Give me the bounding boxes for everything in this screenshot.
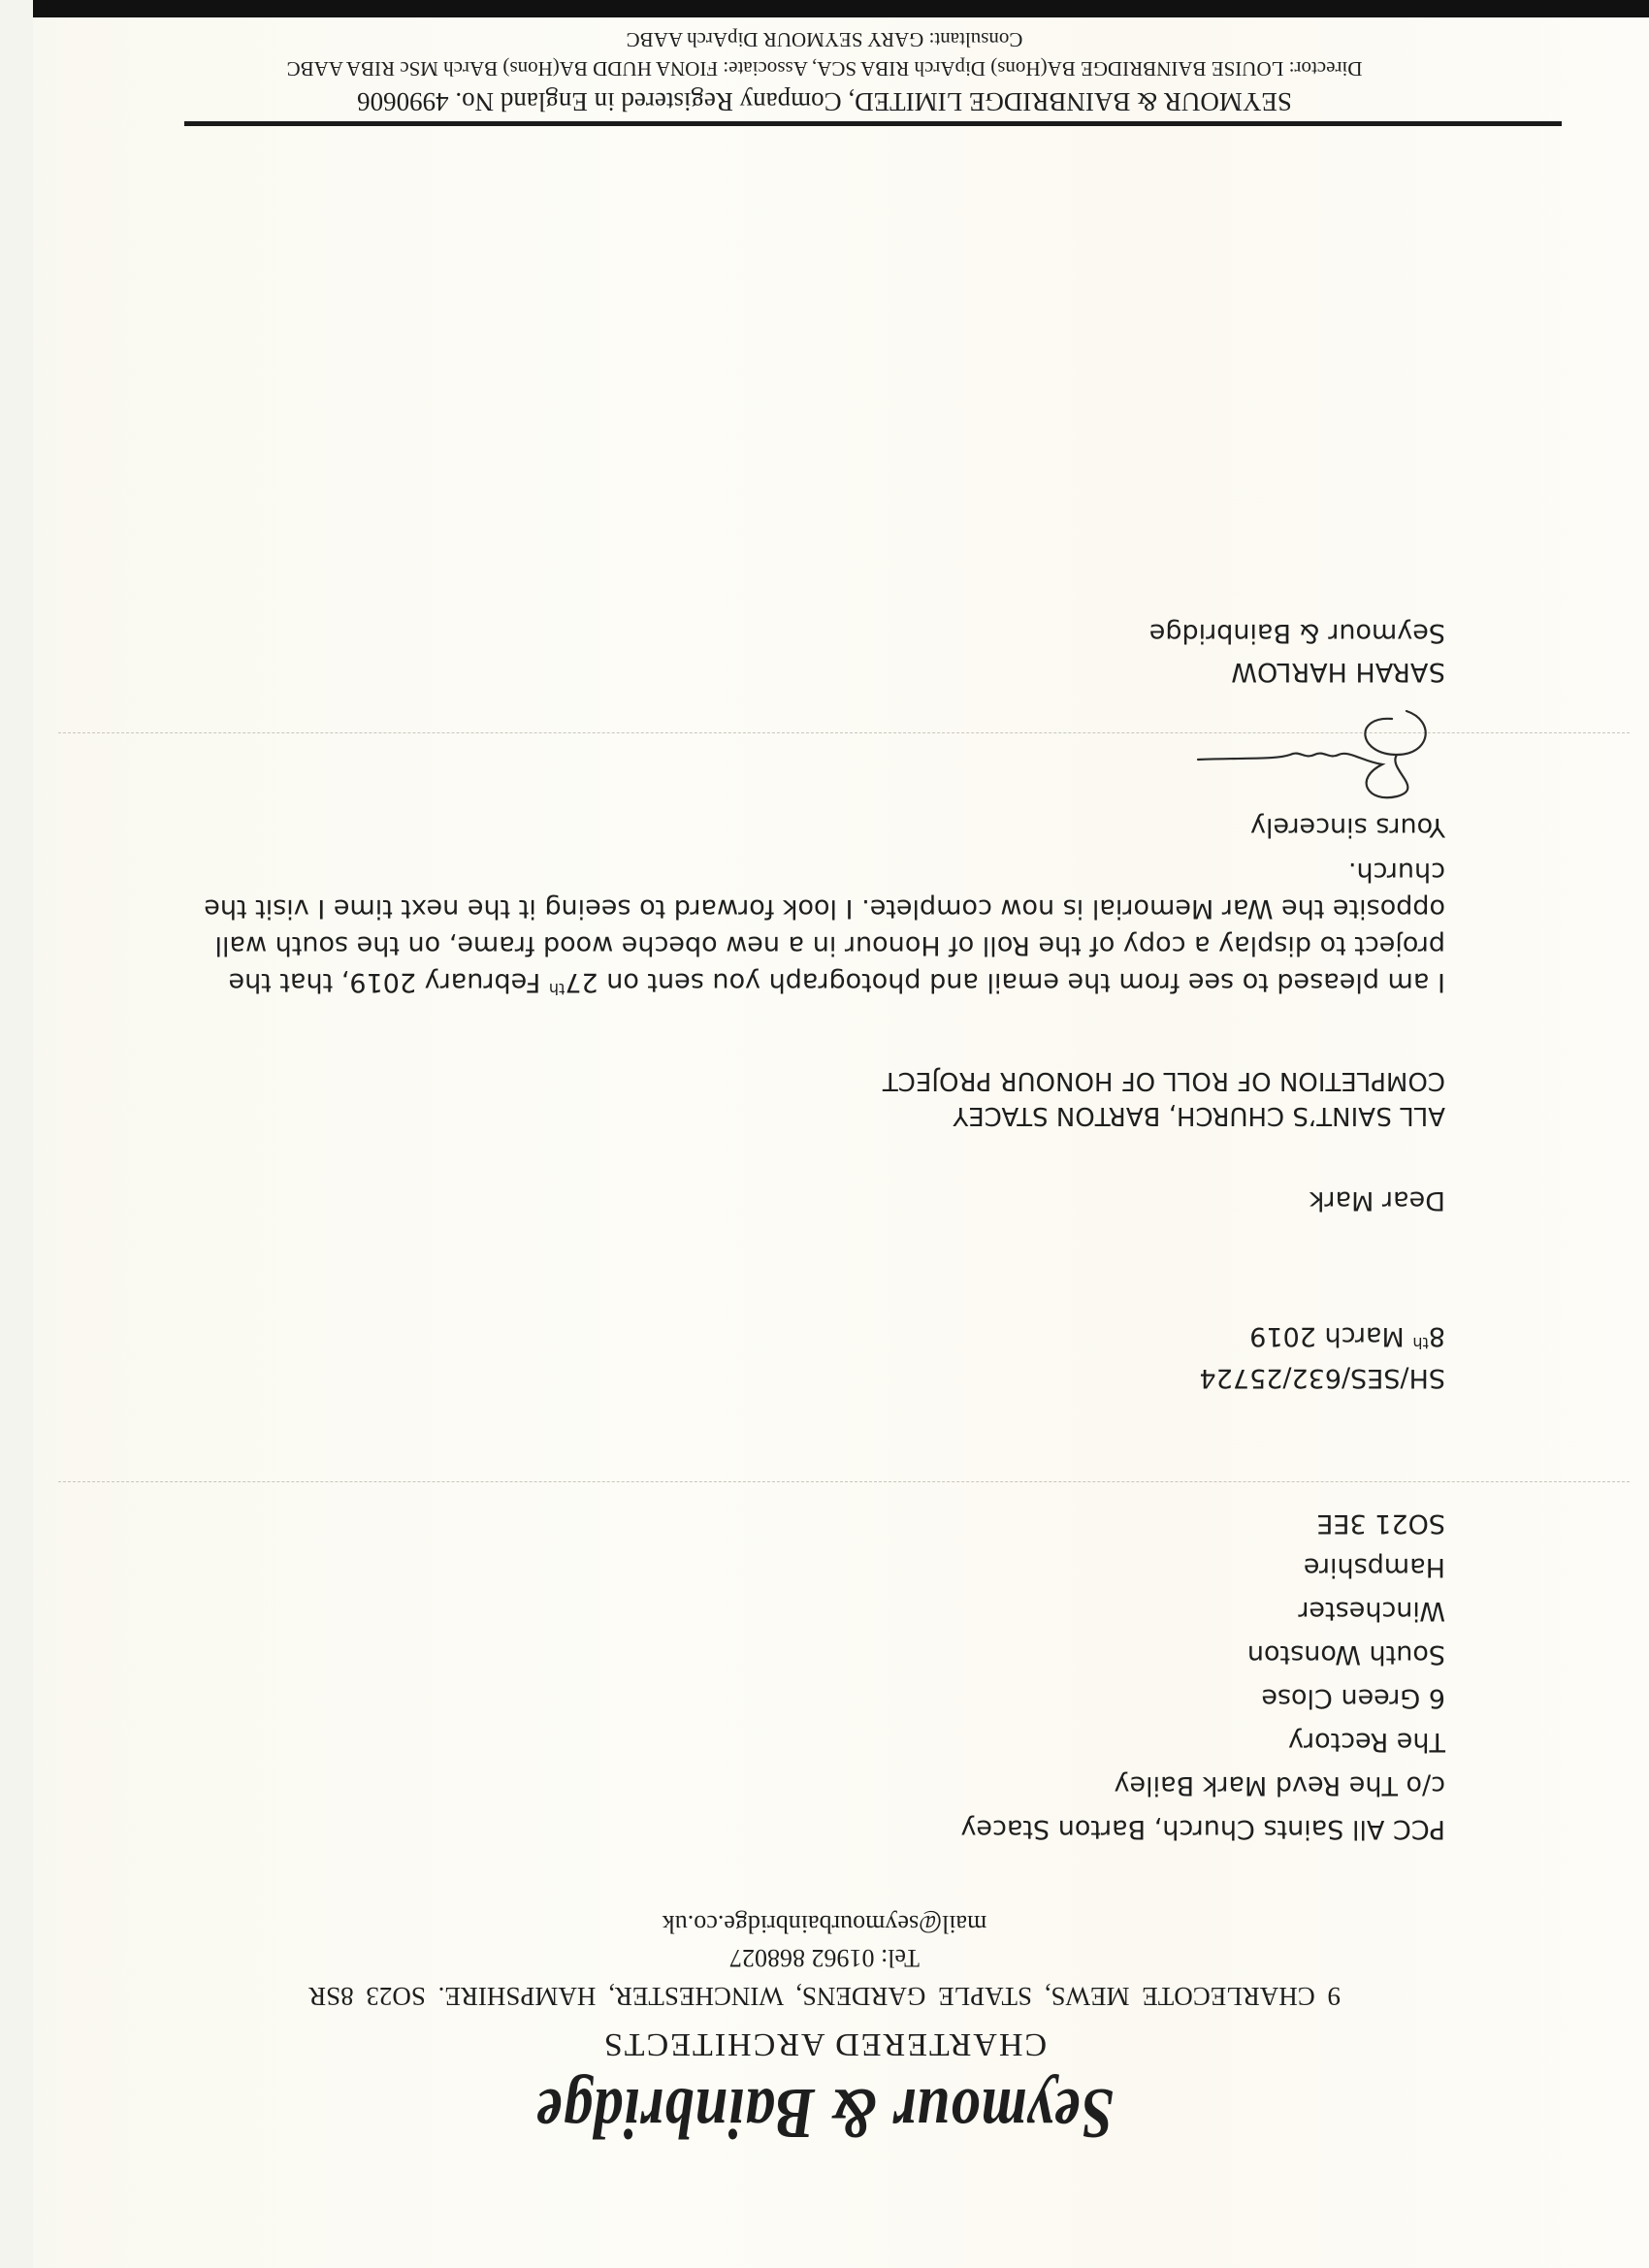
recipient-line: Winchester <box>960 1589 1445 1633</box>
footer-divider <box>184 121 1562 126</box>
recipient-line: South Wonston <box>960 1633 1445 1676</box>
letter-body: I am pleased to see from the email and p… <box>165 853 1445 1007</box>
company-logo: Seymour & Bainbridge <box>148 2071 1501 2154</box>
signer-company: Seymour & Bainbridge <box>1149 618 1445 648</box>
letter-date: 8th March 2019 <box>1200 1318 1446 1360</box>
footer-directors: Director: LOUISE BAINBRIDGE BA(Hons) Dip… <box>0 56 1649 81</box>
recipient-line: c/o The Revd Mark Bailey <box>960 1764 1445 1807</box>
reference-date-block: SH/SES/632/25724 8th March 2019 <box>1200 1318 1446 1395</box>
letterhead-telephone: Tel: 01962 868027 <box>0 1943 1649 1972</box>
recipient-line: The Rectory <box>960 1720 1445 1764</box>
subject-heading: ALL SAINT’S CHURCH, BARTON STACEY COMPLE… <box>883 1063 1445 1133</box>
letterhead-address: 9 CHARLECOTE MEWS, STAPLE GARDENS, WINCH… <box>0 1981 1649 2011</box>
recipient-line: Hampshire <box>960 1545 1445 1589</box>
signature-icon <box>1193 701 1445 808</box>
paper-fold <box>58 1478 1630 1482</box>
scanned-letter-page: Seymour & Bainbridge CHARTERED ARCHITECT… <box>0 0 1649 2268</box>
recipient-address: PCC All Saints Church, Barton Stacey c/o… <box>960 1502 1445 1851</box>
subject-line: ALL SAINT’S CHURCH, BARTON STACEY <box>883 1098 1445 1133</box>
recipient-line: PCC All Saints Church, Barton Stacey <box>960 1807 1445 1851</box>
subject-line: COMPLETION OF ROLL OF HONOUR PROJECT <box>883 1063 1445 1098</box>
closing: Yours sincerely <box>1250 812 1445 842</box>
footer-company-registration: SEYMOUR & BAINBRIDGE LIMITED, Company Re… <box>0 86 1649 116</box>
footer-consultant: Consultant: GARY SEYMOUR DipArch AABC <box>0 27 1649 51</box>
letterhead-subtitle: CHARTERED ARCHITECTS <box>0 2025 1649 2062</box>
scanner-edge <box>0 0 1649 17</box>
recipient-line: 6 Green Close <box>960 1676 1445 1720</box>
recipient-line: SO21 3EE <box>960 1502 1445 1545</box>
salutation: Dear Mark <box>1309 1185 1445 1215</box>
signer-name: SARAH HARLOW <box>1231 657 1445 687</box>
letterhead-email: mail@seymourbainbridge.co.uk <box>0 1909 1649 1938</box>
letter-reference: SH/SES/632/25724 <box>1200 1360 1446 1395</box>
